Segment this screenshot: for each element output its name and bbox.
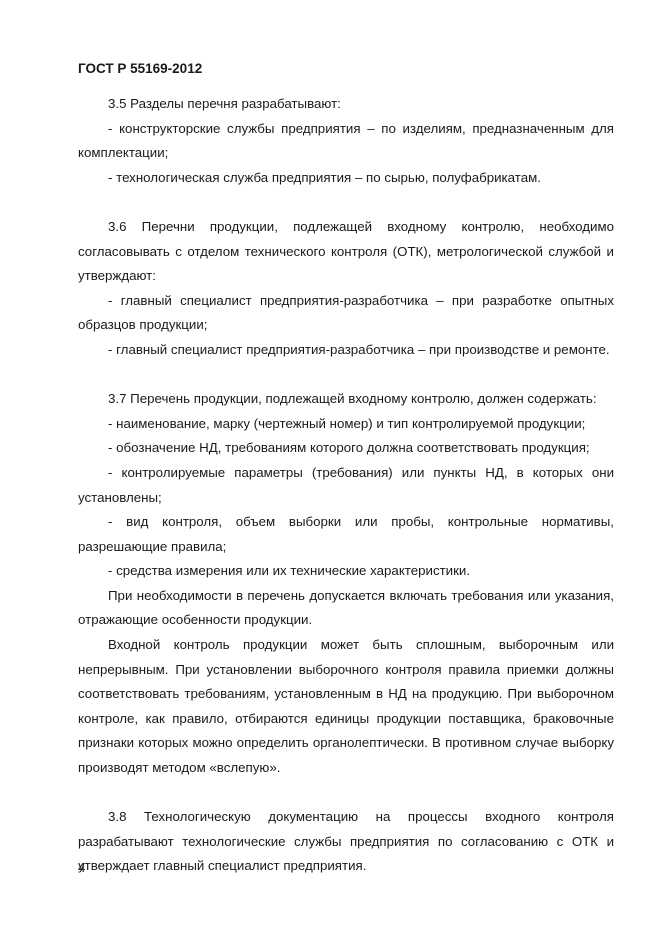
list-item: - технологическая служба предприятия – п… xyxy=(78,166,614,191)
list-item: - конструкторские службы предприятия – п… xyxy=(78,117,614,166)
paragraph: 3.5 Разделы перечня разрабатывают: xyxy=(78,92,614,117)
list-item: - главный специалист предприятия-разрабо… xyxy=(78,338,614,363)
spacer xyxy=(78,781,614,806)
page-number: 4 xyxy=(78,860,85,875)
document-code-header: ГОСТ Р 55169-2012 xyxy=(78,61,202,76)
paragraph: При необходимости в перечень допускается… xyxy=(78,584,614,633)
list-item: - вид контроля, объем выборки или пробы,… xyxy=(78,510,614,559)
paragraph: 3.8 Технологическую документацию на проц… xyxy=(78,805,614,879)
spacer xyxy=(78,363,614,388)
section-3-5: 3.5 Разделы перечня разрабатывают: - кон… xyxy=(78,92,614,190)
list-item: - наименование, марку (чертежный номер) … xyxy=(78,412,614,437)
paragraph: 3.6 Перечни продукции, подлежащей входно… xyxy=(78,215,614,289)
section-3-6: 3.6 Перечни продукции, подлежащей входно… xyxy=(78,215,614,363)
spacer xyxy=(78,190,614,215)
paragraph: Входной контроль продукции может быть сп… xyxy=(78,633,614,781)
list-item: - средства измерения или их технические … xyxy=(78,559,614,584)
list-item: - обозначение НД, требованиям которого д… xyxy=(78,436,614,461)
document-body: 3.5 Разделы перечня разрабатывают: - кон… xyxy=(78,92,614,879)
list-item: - контролируемые параметры (требования) … xyxy=(78,461,614,510)
section-3-7: 3.7 Перечень продукции, подлежащей входн… xyxy=(78,387,614,781)
list-item: - главный специалист предприятия-разрабо… xyxy=(78,289,614,338)
section-3-8: 3.8 Технологическую документацию на проц… xyxy=(78,805,614,879)
paragraph: 3.7 Перечень продукции, подлежащей входн… xyxy=(78,387,614,412)
